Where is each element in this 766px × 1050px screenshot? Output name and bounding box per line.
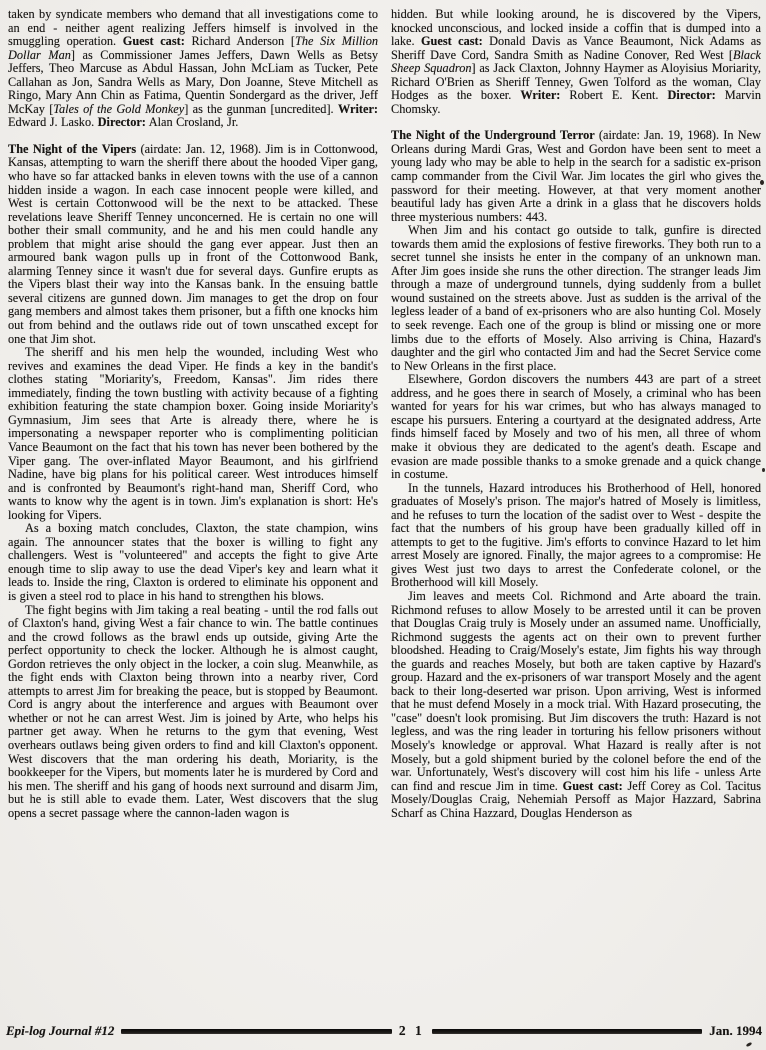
- text-run: Robert E. Kent.: [560, 88, 667, 102]
- text-run: The fight begins with Jim taking a real …: [8, 603, 378, 820]
- text-run: ] as the gunman [uncredited].: [184, 102, 338, 116]
- text-run: Guest cast:: [123, 34, 185, 48]
- text-run: Guest cast:: [421, 34, 483, 48]
- footer-rule-left: [121, 1029, 392, 1034]
- text-run: As a boxing match concludes, Claxton, th…: [8, 521, 378, 603]
- scan-artifact: [746, 1042, 753, 1048]
- paragraph-underground-brotherhood: In the tunnels, Hazard introduces his Br…: [391, 482, 761, 590]
- paragraph-vipers-boxing: As a boxing match concludes, Claxton, th…: [8, 522, 378, 603]
- scan-artifact: [760, 180, 764, 185]
- paragraph-underground-tunnel: When Jim and his contact go outside to t…: [391, 224, 761, 373]
- text-run: The Night of the Vipers: [8, 142, 136, 156]
- text-run: Guest cast:: [563, 779, 623, 793]
- text-run: Elsewhere, Gordon discovers the numbers …: [391, 372, 761, 481]
- page-number: 2 1: [399, 1023, 425, 1039]
- right-column: hidden. But while looking around, he is …: [391, 8, 761, 1020]
- text-run: When Jim and his contact go outside to t…: [391, 223, 761, 372]
- paragraph-underground-title: The Night of the Underground Terror (air…: [391, 129, 761, 224]
- text-run: Director:: [668, 88, 716, 102]
- text-run: Tales of the Gold Monkey: [53, 102, 184, 116]
- paragraph-vipers-fight: The fight begins with Jim taking a real …: [8, 604, 378, 821]
- paragraph-jeffers-continuation: taken by syndicate members who demand th…: [8, 8, 378, 130]
- page-footer: Epi-log Journal #12 2 1 Jan. 1994: [6, 1022, 762, 1040]
- text-run: (airdate: Jan. 12, 1968). Jim is in Cott…: [8, 142, 378, 346]
- text-run: Director:: [98, 115, 146, 129]
- paragraph-vipers-conclusion: hidden. But while looking around, he is …: [391, 8, 761, 116]
- paragraph-vipers-sheriff: The sheriff and his men help the wounded…: [8, 346, 378, 522]
- text-run: The sheriff and his men help the wounded…: [8, 345, 378, 522]
- scan-artifact: [762, 468, 765, 472]
- text-run: The Night of the Underground Terror: [391, 128, 595, 142]
- article-body: taken by syndicate members who demand th…: [8, 8, 761, 1020]
- footer-rule-right: [432, 1029, 703, 1034]
- text-run: In the tunnels, Hazard introduces his Br…: [391, 481, 761, 590]
- issue-date: Jan. 1994: [709, 1023, 762, 1039]
- paragraph-underground-richmond: Jim leaves and meets Col. Richmond and A…: [391, 590, 761, 820]
- text-run: (airdate: Jan. 19, 1968). In New Orleans…: [391, 128, 761, 223]
- paragraph-underground-elsewhere: Elsewhere, Gordon discovers the numbers …: [391, 373, 761, 481]
- text-run: Writer:: [520, 88, 560, 102]
- text-run: Jim leaves and meets Col. Richmond and A…: [391, 589, 761, 793]
- text-run: Alan Crosland, Jr.: [146, 115, 238, 129]
- text-run: Edward J. Lasko.: [8, 115, 98, 129]
- journal-title: Epi-log Journal #12: [6, 1023, 114, 1039]
- left-column: taken by syndicate members who demand th…: [8, 8, 378, 1020]
- paragraph-vipers-title: The Night of the Vipers (airdate: Jan. 1…: [8, 143, 378, 346]
- text-run: Writer:: [338, 102, 378, 116]
- text-run: Richard Anderson [: [185, 34, 295, 48]
